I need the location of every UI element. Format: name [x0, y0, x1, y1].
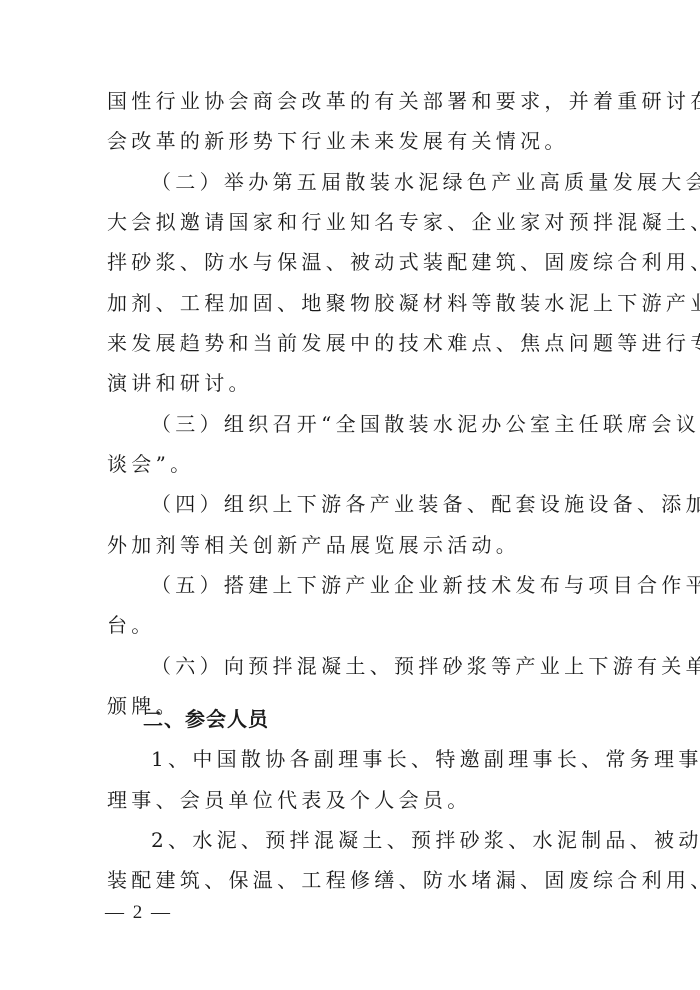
paragraph-line: 1、中国散协各副理事长、特邀副理事长、常务理事、: [151, 747, 597, 771]
paragraph-line: 会改革的新形势下行业未来发展有关情况。: [107, 129, 597, 153]
paragraph-line: （五）搭建上下游产业企业新技术发布与项目合作平: [151, 573, 597, 597]
paragraph-line: 演讲和研讨。: [107, 371, 597, 395]
paragraph-line: （二）举办第五届散装水泥绿色产业高质量发展大会。: [151, 170, 597, 194]
paragraph-line: 理事、会员单位代表及个人会员。: [107, 788, 597, 812]
paragraph-line: 谈会”。: [107, 452, 597, 476]
paragraph-line: 2、水泥、预拌混凝土、预拌砂浆、水泥制品、被动式: [151, 828, 597, 852]
paragraph-line: 外加剂等相关创新产品展览展示活动。: [107, 533, 597, 557]
paragraph-line: 大会拟邀请国家和行业知名专家、企业家对预拌混凝土、预: [107, 210, 597, 234]
paragraph-line: 台。: [107, 613, 597, 637]
paragraph-line: 来发展趋势和当前发展中的技术难点、焦点问题等进行专题: [107, 331, 597, 355]
paragraph-line: 拌砂浆、防水与保温、被动式装配建筑、固废综合利用、外: [107, 250, 597, 274]
paragraph-line: （四）组织上下游各产业装备、配套设施设备、添加剂、: [151, 492, 597, 516]
paragraph-line: （三）组织召开“全国散装水泥办公室主任联席会议座: [151, 412, 597, 436]
paragraph-line: 加剂、工程加固、地聚物胶凝材料等散装水泥上下游产业未: [107, 291, 597, 315]
document-page: 国性行业协会商会改革的有关部署和要求，并着重研讨在协会改革的新形势下行业未来发展…: [0, 0, 700, 990]
page-number: — 2 —: [105, 902, 172, 924]
section-heading: 二、参会人员: [143, 707, 633, 731]
paragraph-line: （六）向预拌混凝土、预拌砂浆等产业上下游有关单位: [151, 654, 597, 678]
paragraph-line: 装配建筑、保温、工程修缮、防水堵漏、固废综合利用、辅: [107, 868, 597, 892]
paragraph-line: 国性行业协会商会改革的有关部署和要求，并着重研讨在协: [107, 89, 597, 113]
